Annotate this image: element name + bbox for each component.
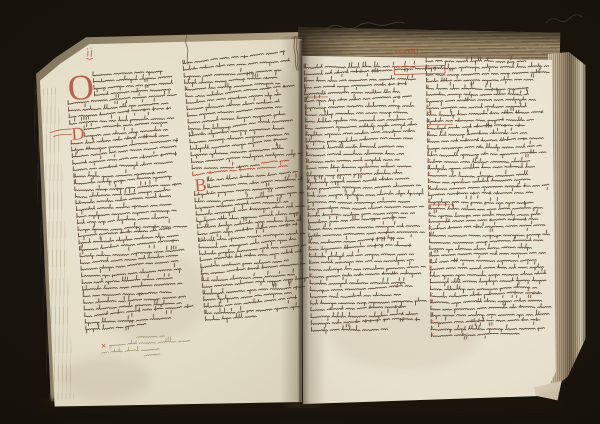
manuscript-photo-scene: · ccxviij · ODB: [0, 0, 600, 424]
left-parchment-page: [36, 36, 302, 408]
chapter-number-heading: · ccxviij ·: [381, 46, 433, 55]
gutter-center-line: [299, 40, 302, 406]
top-edge-inscription-stroke: [546, 15, 582, 23]
right-parchment-page: [302, 38, 560, 410]
top-edge-inscription: [543, 11, 589, 29]
